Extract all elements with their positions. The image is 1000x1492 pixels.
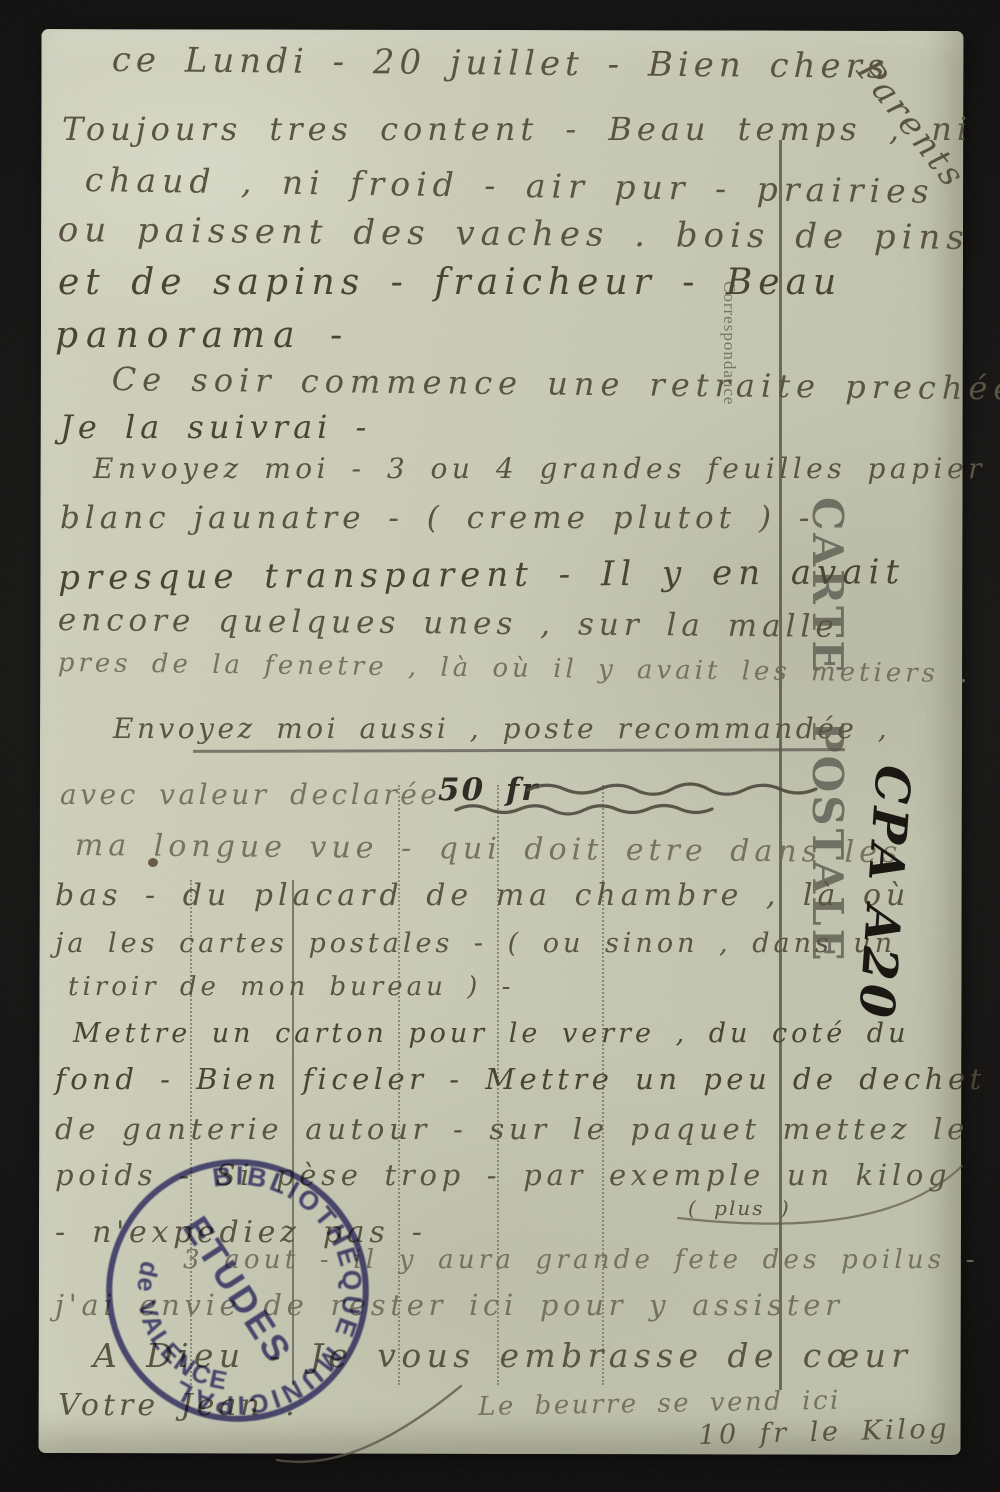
- handwritten-line: ou paissent des vaches . bois de pins: [58, 210, 970, 258]
- scan-backdrop: CARTE POSTALE Correspondance ce Lundi - …: [0, 0, 1000, 1492]
- handwritten-line: encore quelques unes , sur la malle: [58, 602, 839, 645]
- handwritten-line: ja les cartes postales - ( ou sinon , da…: [55, 928, 896, 959]
- handwritten-line: de ganterie autour - sur le paquet mette…: [55, 1112, 969, 1146]
- handwritten-line: Mettre un carton pour le verre , du coté…: [73, 1018, 909, 1049]
- handwritten-line: fond - Bien ficeler - Mettre un peu de d…: [55, 1062, 986, 1096]
- handwritten-line: 10 fr le Kilog: [698, 1413, 950, 1451]
- handwritten-line: ma longue vue - qui doit etre dans les: [75, 828, 903, 870]
- library-stamp: BIBLIOTHEQUE MUNICIPALE de VALENCE ETUDE…: [95, 1148, 380, 1433]
- handwritten-line: Je la suivrai -: [60, 408, 371, 446]
- pen-insertion-stroke: [670, 1158, 970, 1242]
- handwritten-line: blanc jaunatre - ( creme plutot ) -: [60, 500, 814, 536]
- handwritten-line: Le beurre se vend ici: [478, 1386, 841, 1422]
- handwritten-line: Envoyez moi - 3 ou 4 grandes feuilles pa…: [93, 452, 986, 485]
- ink-speck: [148, 858, 158, 867]
- handwritten-line: et de sapins - fraicheur - Beau: [58, 262, 842, 303]
- handwritten-line: avec valeur declarée: [60, 778, 440, 811]
- handwritten-line: tiroir de mon bureau ) -: [68, 972, 514, 1002]
- handwritten-line: presque transparent - Il y en avait: [58, 552, 905, 598]
- handwritten-line: ce Lundi - 20 juillet - Bien chers: [112, 40, 890, 87]
- stamp-center-text: ETUDES: [175, 1209, 300, 1371]
- handwritten-line: panorama -: [55, 315, 350, 356]
- handwritten-line: Toujours tres content - Beau temps , ni: [62, 110, 972, 148]
- handwritten-line: Envoyez moi aussi , poste recommandée ,: [113, 712, 890, 745]
- handwritten-line: bas - du placard de ma chambre , là où: [55, 878, 910, 913]
- wavy-underline: [450, 780, 850, 822]
